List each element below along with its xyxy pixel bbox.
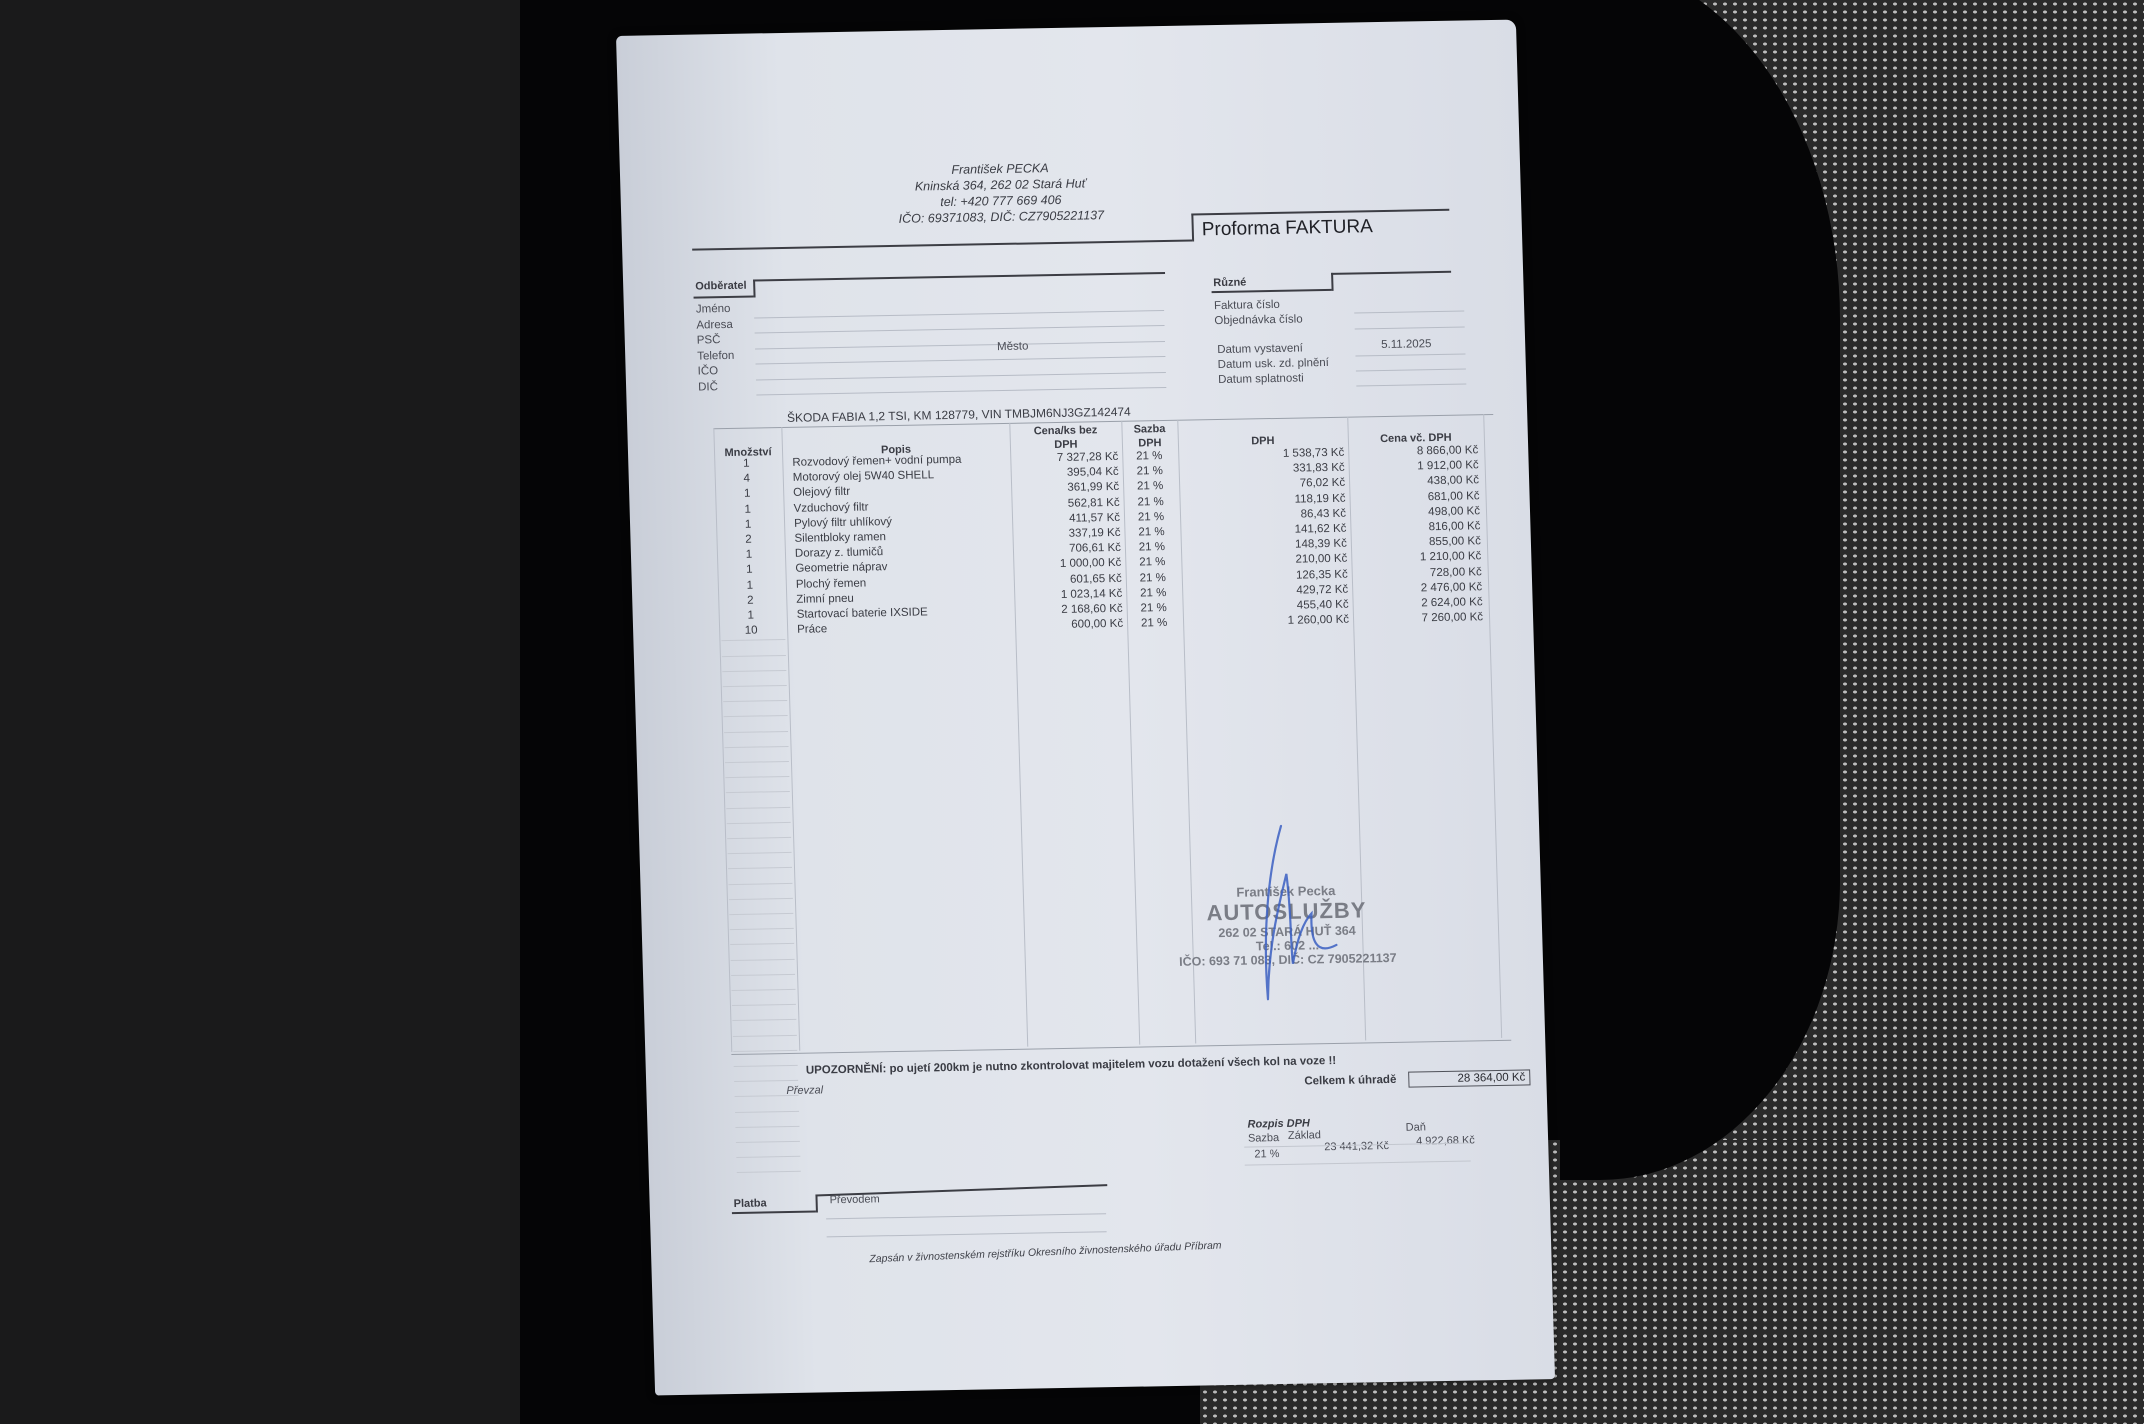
- empty-row-line: [727, 837, 791, 839]
- empty-row-line: [727, 822, 791, 824]
- label-invoice-number: Faktura číslo: [1214, 297, 1303, 314]
- empty-row-line: [737, 1171, 801, 1173]
- issuer-header: František PECKA Kninská 364, 262 02 Star…: [820, 158, 1182, 229]
- empty-row-line: [728, 852, 792, 854]
- quantity-cell: 1: [717, 563, 781, 576]
- total-price-cell: 728,00 Kč: [1358, 566, 1482, 580]
- empty-row-line: [735, 1110, 799, 1112]
- unit-price-cell: 337,19 Kč: [1016, 527, 1120, 541]
- empty-row-line: [721, 639, 785, 641]
- vat-rate-cell: 21 %: [1127, 465, 1173, 478]
- warning-text: UPOZORNĚNÍ: po ujetí 200km je nutno zkon…: [806, 1055, 1337, 1077]
- title-rule-left: [692, 239, 1192, 250]
- total-amount: 28 364,00 Kč: [1408, 1069, 1530, 1087]
- customer-heading: Odběratel: [695, 280, 747, 293]
- empty-row-line: [736, 1141, 800, 1143]
- label-order-number: Objednávka číslo: [1214, 312, 1303, 329]
- empty-row-line: [733, 1034, 797, 1036]
- description-cell: Geometrie náprav: [795, 562, 887, 576]
- payment-method: Převodem: [829, 1193, 879, 1206]
- invoice-paper: František PECKA Kninská 364, 262 02 Star…: [616, 20, 1555, 1396]
- vat-amount-cell: 86,43 Kč: [1226, 508, 1346, 522]
- empty-row-line: [723, 685, 787, 687]
- total-price-cell: 438,00 Kč: [1355, 475, 1479, 489]
- vat-rate-cell: 21 %: [1128, 526, 1174, 539]
- misc-heading: Různé: [1213, 276, 1246, 289]
- vat-amount-cell: 118,19 Kč: [1225, 492, 1345, 506]
- field-line: [827, 1231, 1107, 1237]
- issue-date-value: 5.11.2025: [1381, 338, 1432, 351]
- quantity-cell: 1: [717, 548, 781, 561]
- quantity-cell: 2: [718, 594, 782, 607]
- empty-row-line: [734, 1065, 798, 1067]
- unit-price-cell: 706,61 Kč: [1017, 542, 1121, 556]
- field-line: [756, 372, 1166, 381]
- quantity-cell: 2: [716, 533, 780, 546]
- background-fabric-left: [0, 0, 540, 1424]
- description-cell: Rozvodový řemen+ vodní pumpa: [792, 454, 961, 469]
- field-line: [1355, 326, 1465, 329]
- empty-row-line: [723, 700, 787, 702]
- misc-rule-step: [1331, 273, 1334, 291]
- vat-base-label: Základ: [1288, 1129, 1321, 1142]
- empty-row-line: [733, 1050, 797, 1052]
- payment-rule-step: [815, 1195, 818, 1213]
- total-label: Celkem k úhradě: [1304, 1074, 1396, 1088]
- total-price-cell: 2 624,00 Kč: [1358, 596, 1482, 610]
- unit-price-cell: 361,99 Kč: [1015, 481, 1119, 495]
- vat-amount-cell: 331,83 Kč: [1225, 462, 1345, 476]
- vat-amount-cell: 1 260,00 Kč: [1229, 614, 1349, 628]
- misc-rule-right: [1331, 271, 1451, 275]
- unit-price-cell: 2 168,60 Kč: [1019, 603, 1123, 617]
- empty-row-line: [726, 791, 790, 793]
- field-line: [1356, 368, 1466, 371]
- vat-tax-label: Daň: [1406, 1121, 1427, 1133]
- description-cell: Pylový filtr uhlíkový: [794, 516, 892, 530]
- vat-rate-cell: 21 %: [1129, 541, 1175, 554]
- label-dic: DIČ: [698, 379, 736, 395]
- vat-amount-cell: 141,62 Kč: [1226, 523, 1346, 537]
- empty-row-line: [728, 867, 792, 869]
- empty-row-line: [728, 883, 792, 885]
- vat-rate-cell: 21 %: [1130, 571, 1176, 584]
- description-cell: Olejový filtr: [793, 486, 850, 499]
- vat-table-line: [1245, 1161, 1471, 1166]
- vat-amount-cell: 429,72 Kč: [1228, 583, 1348, 597]
- empty-row-line: [736, 1156, 800, 1158]
- empty-row-line: [725, 761, 789, 763]
- label-address: Adresa: [696, 317, 734, 333]
- vat-rate-cell: 21 %: [1131, 617, 1177, 630]
- empty-row-line: [722, 670, 786, 672]
- registry-footer: Zapsán v živnostenském rejstříku Okresní…: [869, 1239, 1222, 1265]
- empty-row-line: [722, 655, 786, 657]
- empty-row-line: [724, 731, 788, 733]
- empty-row-line: [735, 1126, 799, 1128]
- description-cell: Vzduchový filtr: [793, 501, 868, 514]
- field-line: [754, 310, 1164, 319]
- header-vat-rate-line1: Sazba: [1121, 422, 1177, 437]
- signature-icon: [1229, 823, 1344, 1005]
- misc-labels-dates: Datum vystavení Datum usk. zd. plnění Da…: [1217, 341, 1330, 388]
- empty-row-line: [731, 958, 795, 960]
- field-line: [756, 387, 1166, 396]
- customer-rule-step: [753, 279, 756, 297]
- vat-tax-value: 4 922,68 Kč: [1416, 1134, 1475, 1147]
- customer-labels: Jméno Adresa PSČ Telefon IČO DIČ: [696, 302, 736, 396]
- seat-cushion: [1560, 0, 1840, 1180]
- unit-price-cell: 1 000,00 Kč: [1017, 557, 1121, 571]
- field-line: [1356, 383, 1466, 386]
- customer-rule-right: [753, 272, 1165, 282]
- table-bottom-border: [731, 1040, 1511, 1055]
- quantity-cell: 4: [715, 472, 779, 485]
- field-line: [755, 356, 1165, 365]
- unit-price-cell: 562,81 Kč: [1015, 496, 1119, 510]
- vat-base-value: 23 441,32 Kč: [1324, 1140, 1389, 1153]
- total-price-cell: 8 866,00 Kč: [1354, 444, 1478, 458]
- total-price-cell: 1 210,00 Kč: [1357, 551, 1481, 565]
- label-zip: PSČ: [697, 333, 735, 349]
- empty-row-line: [732, 989, 796, 991]
- empty-row-line: [725, 746, 789, 748]
- total-price-cell: 498,00 Kč: [1356, 505, 1480, 519]
- payment-rule-left: [732, 1211, 816, 1215]
- empty-row-line: [732, 1004, 796, 1006]
- title-rule-right: [1191, 209, 1449, 216]
- vat-rate-cell: 21 %: [1129, 556, 1175, 569]
- description-cell: Motorový olej 5W40 SHELL: [793, 469, 935, 484]
- empty-row-line: [726, 807, 790, 809]
- field-line: [755, 341, 1165, 350]
- empty-row-line: [734, 1080, 798, 1082]
- empty-row-line: [729, 898, 793, 900]
- empty-row-line: [731, 974, 795, 976]
- unit-price-cell: 601,65 Kč: [1018, 572, 1122, 586]
- quantity-cell: 1: [716, 518, 780, 531]
- city-label: Město: [997, 340, 1029, 353]
- description-cell: Zimní pneu: [796, 593, 854, 606]
- vat-rate-cell: 21 %: [1131, 602, 1177, 615]
- field-line: [826, 1213, 1106, 1219]
- vat-rate-label: Sazba: [1248, 1132, 1280, 1145]
- vat-amount-cell: 455,40 Kč: [1228, 599, 1348, 613]
- label-phone: Telefon: [697, 348, 735, 364]
- field-line: [1355, 353, 1465, 356]
- quantity-cell: 1: [716, 503, 780, 516]
- total-price-cell: 1 912,00 Kč: [1355, 459, 1479, 473]
- empty-row-line: [729, 913, 793, 915]
- total-price-cell: 681,00 Kč: [1355, 490, 1479, 504]
- empty-row-line: [730, 928, 794, 930]
- quantity-cell: 1: [719, 609, 783, 622]
- received-label: Převzal: [786, 1084, 823, 1097]
- label-due-date: Datum splatnosti: [1218, 371, 1330, 388]
- field-line: [1354, 311, 1464, 314]
- header-vat-rate-line2: DPH: [1122, 436, 1178, 451]
- total-price-cell: 7 260,00 Kč: [1359, 611, 1483, 625]
- unit-price-cell: 7 327,28 Kč: [1014, 451, 1118, 465]
- vat-amount-cell: 148,39 Kč: [1227, 538, 1347, 552]
- payment-heading: Platba: [734, 1197, 767, 1210]
- quantity-cell: 1: [718, 579, 782, 592]
- unit-price-cell: 395,04 Kč: [1015, 466, 1119, 480]
- label-tax-date: Datum usk. zd. plnění: [1217, 356, 1329, 373]
- document-title: Proforma FAKTURA: [1201, 216, 1373, 241]
- empty-row-line: [724, 715, 788, 717]
- total-price-cell: 855,00 Kč: [1357, 535, 1481, 549]
- vat-amount-cell: 126,35 Kč: [1228, 568, 1348, 582]
- unit-price-cell: 600,00 Kč: [1019, 618, 1123, 632]
- vat-amount-cell: 76,02 Kč: [1225, 477, 1345, 491]
- vat-rate-value: 21 %: [1254, 1148, 1279, 1160]
- description-cell: Silentbloky ramen: [794, 531, 886, 545]
- field-line: [755, 325, 1165, 334]
- unit-price-cell: 411,57 Kč: [1016, 512, 1120, 526]
- label-name: Jméno: [696, 302, 734, 318]
- misc-rule-left: [1212, 289, 1332, 293]
- vat-rate-cell: 21 %: [1130, 587, 1176, 600]
- vat-amount-cell: 210,00 Kč: [1227, 553, 1347, 567]
- empty-row-line: [725, 776, 789, 778]
- description-cell: Plochý řemen: [796, 577, 867, 590]
- label-ico: IČO: [697, 364, 735, 380]
- header-unit-price: Cena/ks bez DPH: [1009, 423, 1122, 453]
- vat-rate-cell: 21 %: [1126, 450, 1172, 463]
- vat-amount-cell: 1 538,73 Kč: [1224, 447, 1344, 461]
- title-rule-step: [1191, 213, 1194, 241]
- description-cell: Startovací baterie IXSIDE: [797, 606, 928, 620]
- quantity-cell: 1: [715, 487, 779, 500]
- total-price-cell: 2 476,00 Kč: [1358, 581, 1482, 595]
- quantity-cell: 1: [714, 457, 778, 470]
- quantity-cell: 10: [719, 624, 783, 637]
- total-price-cell: 816,00 Kč: [1356, 520, 1480, 534]
- unit-price-cell: 1 023,14 Kč: [1018, 588, 1122, 602]
- vat-rate-cell: 21 %: [1127, 495, 1173, 508]
- misc-labels-top: Faktura číslo Objednávka číslo: [1214, 297, 1303, 329]
- description-cell: Dorazy z. tlumičů: [795, 546, 884, 560]
- empty-row-line: [730, 943, 794, 945]
- vat-rate-cell: 21 %: [1128, 511, 1174, 524]
- empty-row-line: [732, 1019, 796, 1021]
- header-vat-rate: Sazba DPH: [1121, 422, 1178, 451]
- description-cell: Práce: [797, 623, 827, 636]
- customer-rule-left: [694, 296, 754, 299]
- vat-rate-cell: 21 %: [1127, 480, 1173, 493]
